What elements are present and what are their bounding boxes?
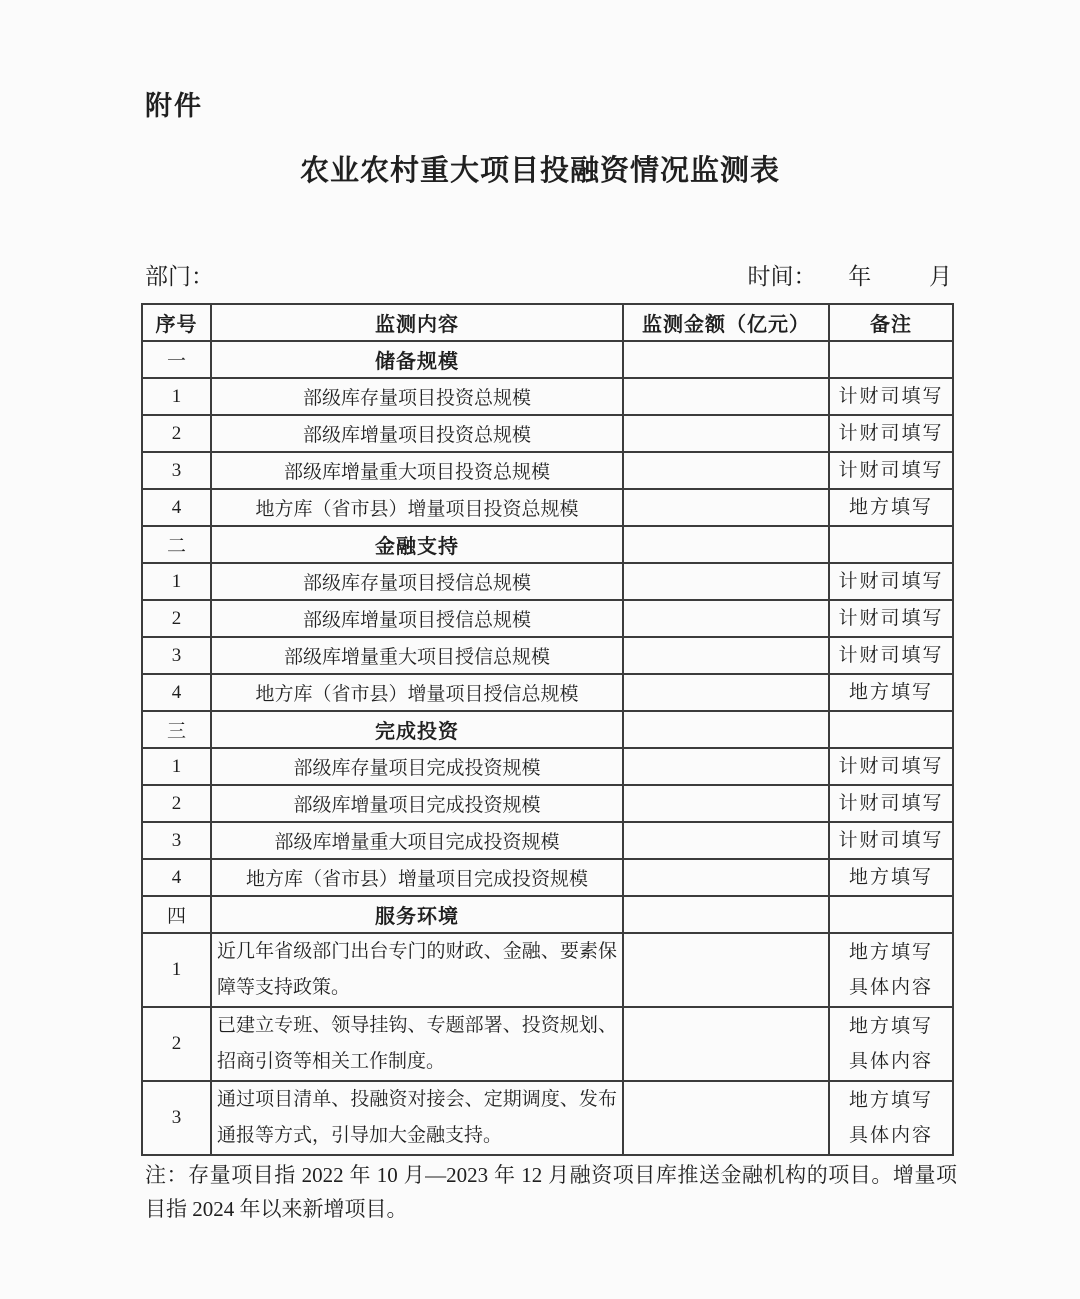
amount-cell bbox=[623, 933, 829, 1007]
row-content: 储备规模 bbox=[211, 341, 623, 378]
row-content: 已建立专班、领导挂钩、专题部署、投资规划、招商引资等相关工作制度。 bbox=[211, 1007, 623, 1081]
row-content: 金融支持 bbox=[211, 526, 623, 563]
row-no: 1 bbox=[142, 563, 211, 600]
row-no: 2 bbox=[142, 600, 211, 637]
row-content: 部级库增量重大项目授信总规模 bbox=[211, 637, 623, 674]
row-remark: 地方填写 bbox=[829, 674, 953, 711]
amount-cell bbox=[623, 711, 829, 748]
row-remark bbox=[829, 711, 953, 748]
amount-cell bbox=[623, 378, 829, 415]
amount-cell bbox=[623, 748, 829, 785]
table-row: 2 部级库增量项目完成投资规模 计财司填写 bbox=[142, 785, 953, 822]
row-content: 部级库增量重大项目完成投资规模 bbox=[211, 822, 623, 859]
row-remark: 计财司填写 bbox=[829, 563, 953, 600]
row-no: 4 bbox=[142, 489, 211, 526]
row-no: 一 bbox=[142, 341, 211, 378]
table-row: 1 部级库存量项目授信总规模 计财司填写 bbox=[142, 563, 953, 600]
page-title: 农业农村重大项目投融资情况监测表 bbox=[0, 148, 1080, 189]
row-content: 部级库存量项目完成投资规模 bbox=[211, 748, 623, 785]
row-no: 四 bbox=[142, 896, 211, 933]
row-no: 1 bbox=[142, 748, 211, 785]
row-content: 近几年省级部门出台专门的财政、金融、要素保障等支持政策。 bbox=[211, 933, 623, 1007]
row-no: 4 bbox=[142, 859, 211, 896]
amount-cell bbox=[623, 526, 829, 563]
row-remark: 地方填写 具体内容 bbox=[829, 933, 953, 1007]
row-no: 三 bbox=[142, 711, 211, 748]
footnote: 注：存量项目指 2022 年 10 月—2023 年 12 月融资项目库推送金融… bbox=[145, 1158, 957, 1226]
row-content: 部级库存量项目授信总规模 bbox=[211, 563, 623, 600]
amount-cell bbox=[623, 1007, 829, 1081]
row-content: 地方库（省市县）增量项目授信总规模 bbox=[211, 674, 623, 711]
section-row: 一 储备规模 bbox=[142, 341, 953, 378]
row-remark bbox=[829, 341, 953, 378]
amount-cell bbox=[623, 859, 829, 896]
amount-cell bbox=[623, 452, 829, 489]
header-remark: 备注 bbox=[829, 304, 953, 341]
table-row: 3 部级库增量重大项目授信总规模 计财司填写 bbox=[142, 637, 953, 674]
row-remark: 计财司填写 bbox=[829, 822, 953, 859]
table-row: 4 地方库（省市县）增量项目完成投资规模 地方填写 bbox=[142, 859, 953, 896]
row-remark: 地方填写 bbox=[829, 489, 953, 526]
department-label: 部门： bbox=[145, 258, 214, 291]
meta-line: 部门： 时间： 年 月 bbox=[145, 258, 952, 291]
header-content: 监测内容 bbox=[211, 304, 623, 341]
row-no: 4 bbox=[142, 674, 211, 711]
row-no: 2 bbox=[142, 785, 211, 822]
table-row: 3 部级库增量重大项目投资总规模 计财司填写 bbox=[142, 452, 953, 489]
time-label: 时间： bbox=[748, 258, 817, 291]
table-row: 3 通过项目清单、投融资对接会、定期调度、发布通报等方式，引导加大金融支持。 地… bbox=[142, 1081, 953, 1155]
amount-cell bbox=[623, 896, 829, 933]
table-row: 1 近几年省级部门出台专门的财政、金融、要素保障等支持政策。 地方填写 具体内容 bbox=[142, 933, 953, 1007]
row-no: 3 bbox=[142, 637, 211, 674]
row-remark: 计财司填写 bbox=[829, 600, 953, 637]
row-no: 二 bbox=[142, 526, 211, 563]
amount-cell bbox=[623, 785, 829, 822]
row-no: 3 bbox=[142, 452, 211, 489]
document-page: 附件 农业农村重大项目投融资情况监测表 部门： 时间： 年 月 序号 监测内容 … bbox=[0, 0, 1080, 1299]
row-remark: 计财司填写 bbox=[829, 378, 953, 415]
row-no: 1 bbox=[142, 933, 211, 1007]
table-row: 3 部级库增量重大项目完成投资规模 计财司填写 bbox=[142, 822, 953, 859]
row-content: 部级库增量项目投资总规模 bbox=[211, 415, 623, 452]
amount-cell bbox=[623, 489, 829, 526]
row-content: 服务环境 bbox=[211, 896, 623, 933]
table-header-row: 序号 监测内容 监测金额（亿元） 备注 bbox=[142, 304, 953, 341]
amount-cell bbox=[623, 563, 829, 600]
amount-cell bbox=[623, 637, 829, 674]
attachment-label: 附件 bbox=[145, 84, 203, 123]
table-row: 2 部级库增量项目投资总规模 计财司填写 bbox=[142, 415, 953, 452]
table-row: 4 地方库（省市县）增量项目投资总规模 地方填写 bbox=[142, 489, 953, 526]
row-content: 部级库存量项目投资总规模 bbox=[211, 378, 623, 415]
amount-cell bbox=[623, 415, 829, 452]
row-content: 部级库增量项目完成投资规模 bbox=[211, 785, 623, 822]
section-row: 三 完成投资 bbox=[142, 711, 953, 748]
row-no: 2 bbox=[142, 415, 211, 452]
table-row: 1 部级库存量项目投资总规模 计财司填写 bbox=[142, 378, 953, 415]
row-no: 2 bbox=[142, 1007, 211, 1081]
row-content: 部级库增量项目授信总规模 bbox=[211, 600, 623, 637]
time-fields: 时间： 年 月 bbox=[748, 258, 953, 291]
table-row: 2 部级库增量项目授信总规模 计财司填写 bbox=[142, 600, 953, 637]
year-label: 年 bbox=[848, 258, 871, 291]
month-label: 月 bbox=[929, 258, 952, 291]
header-no: 序号 bbox=[142, 304, 211, 341]
row-remark bbox=[829, 896, 953, 933]
row-content: 通过项目清单、投融资对接会、定期调度、发布通报等方式，引导加大金融支持。 bbox=[211, 1081, 623, 1155]
row-remark: 计财司填写 bbox=[829, 415, 953, 452]
row-remark: 计财司填写 bbox=[829, 452, 953, 489]
amount-cell bbox=[623, 341, 829, 378]
row-content: 部级库增量重大项目投资总规模 bbox=[211, 452, 623, 489]
section-row: 二 金融支持 bbox=[142, 526, 953, 563]
row-no: 1 bbox=[142, 378, 211, 415]
monitoring-table: 序号 监测内容 监测金额（亿元） 备注 一 储备规模 1 部级库存量项目投资总规… bbox=[141, 303, 954, 1156]
row-content: 地方库（省市县）增量项目投资总规模 bbox=[211, 489, 623, 526]
row-no: 3 bbox=[142, 1081, 211, 1155]
header-amount: 监测金额（亿元） bbox=[623, 304, 829, 341]
row-remark bbox=[829, 526, 953, 563]
row-remark: 计财司填写 bbox=[829, 785, 953, 822]
row-no: 3 bbox=[142, 822, 211, 859]
row-content: 完成投资 bbox=[211, 711, 623, 748]
amount-cell bbox=[623, 674, 829, 711]
amount-cell bbox=[623, 1081, 829, 1155]
row-content: 地方库（省市县）增量项目完成投资规模 bbox=[211, 859, 623, 896]
row-remark: 地方填写 具体内容 bbox=[829, 1007, 953, 1081]
amount-cell bbox=[623, 600, 829, 637]
section-row: 四 服务环境 bbox=[142, 896, 953, 933]
row-remark: 地方填写 bbox=[829, 859, 953, 896]
row-remark: 计财司填写 bbox=[829, 748, 953, 785]
amount-cell bbox=[623, 822, 829, 859]
table-row: 1 部级库存量项目完成投资规模 计财司填写 bbox=[142, 748, 953, 785]
table-row: 2 已建立专班、领导挂钩、专题部署、投资规划、招商引资等相关工作制度。 地方填写… bbox=[142, 1007, 953, 1081]
table-row: 4 地方库（省市县）增量项目授信总规模 地方填写 bbox=[142, 674, 953, 711]
row-remark: 计财司填写 bbox=[829, 637, 953, 674]
row-remark: 地方填写 具体内容 bbox=[829, 1081, 953, 1155]
